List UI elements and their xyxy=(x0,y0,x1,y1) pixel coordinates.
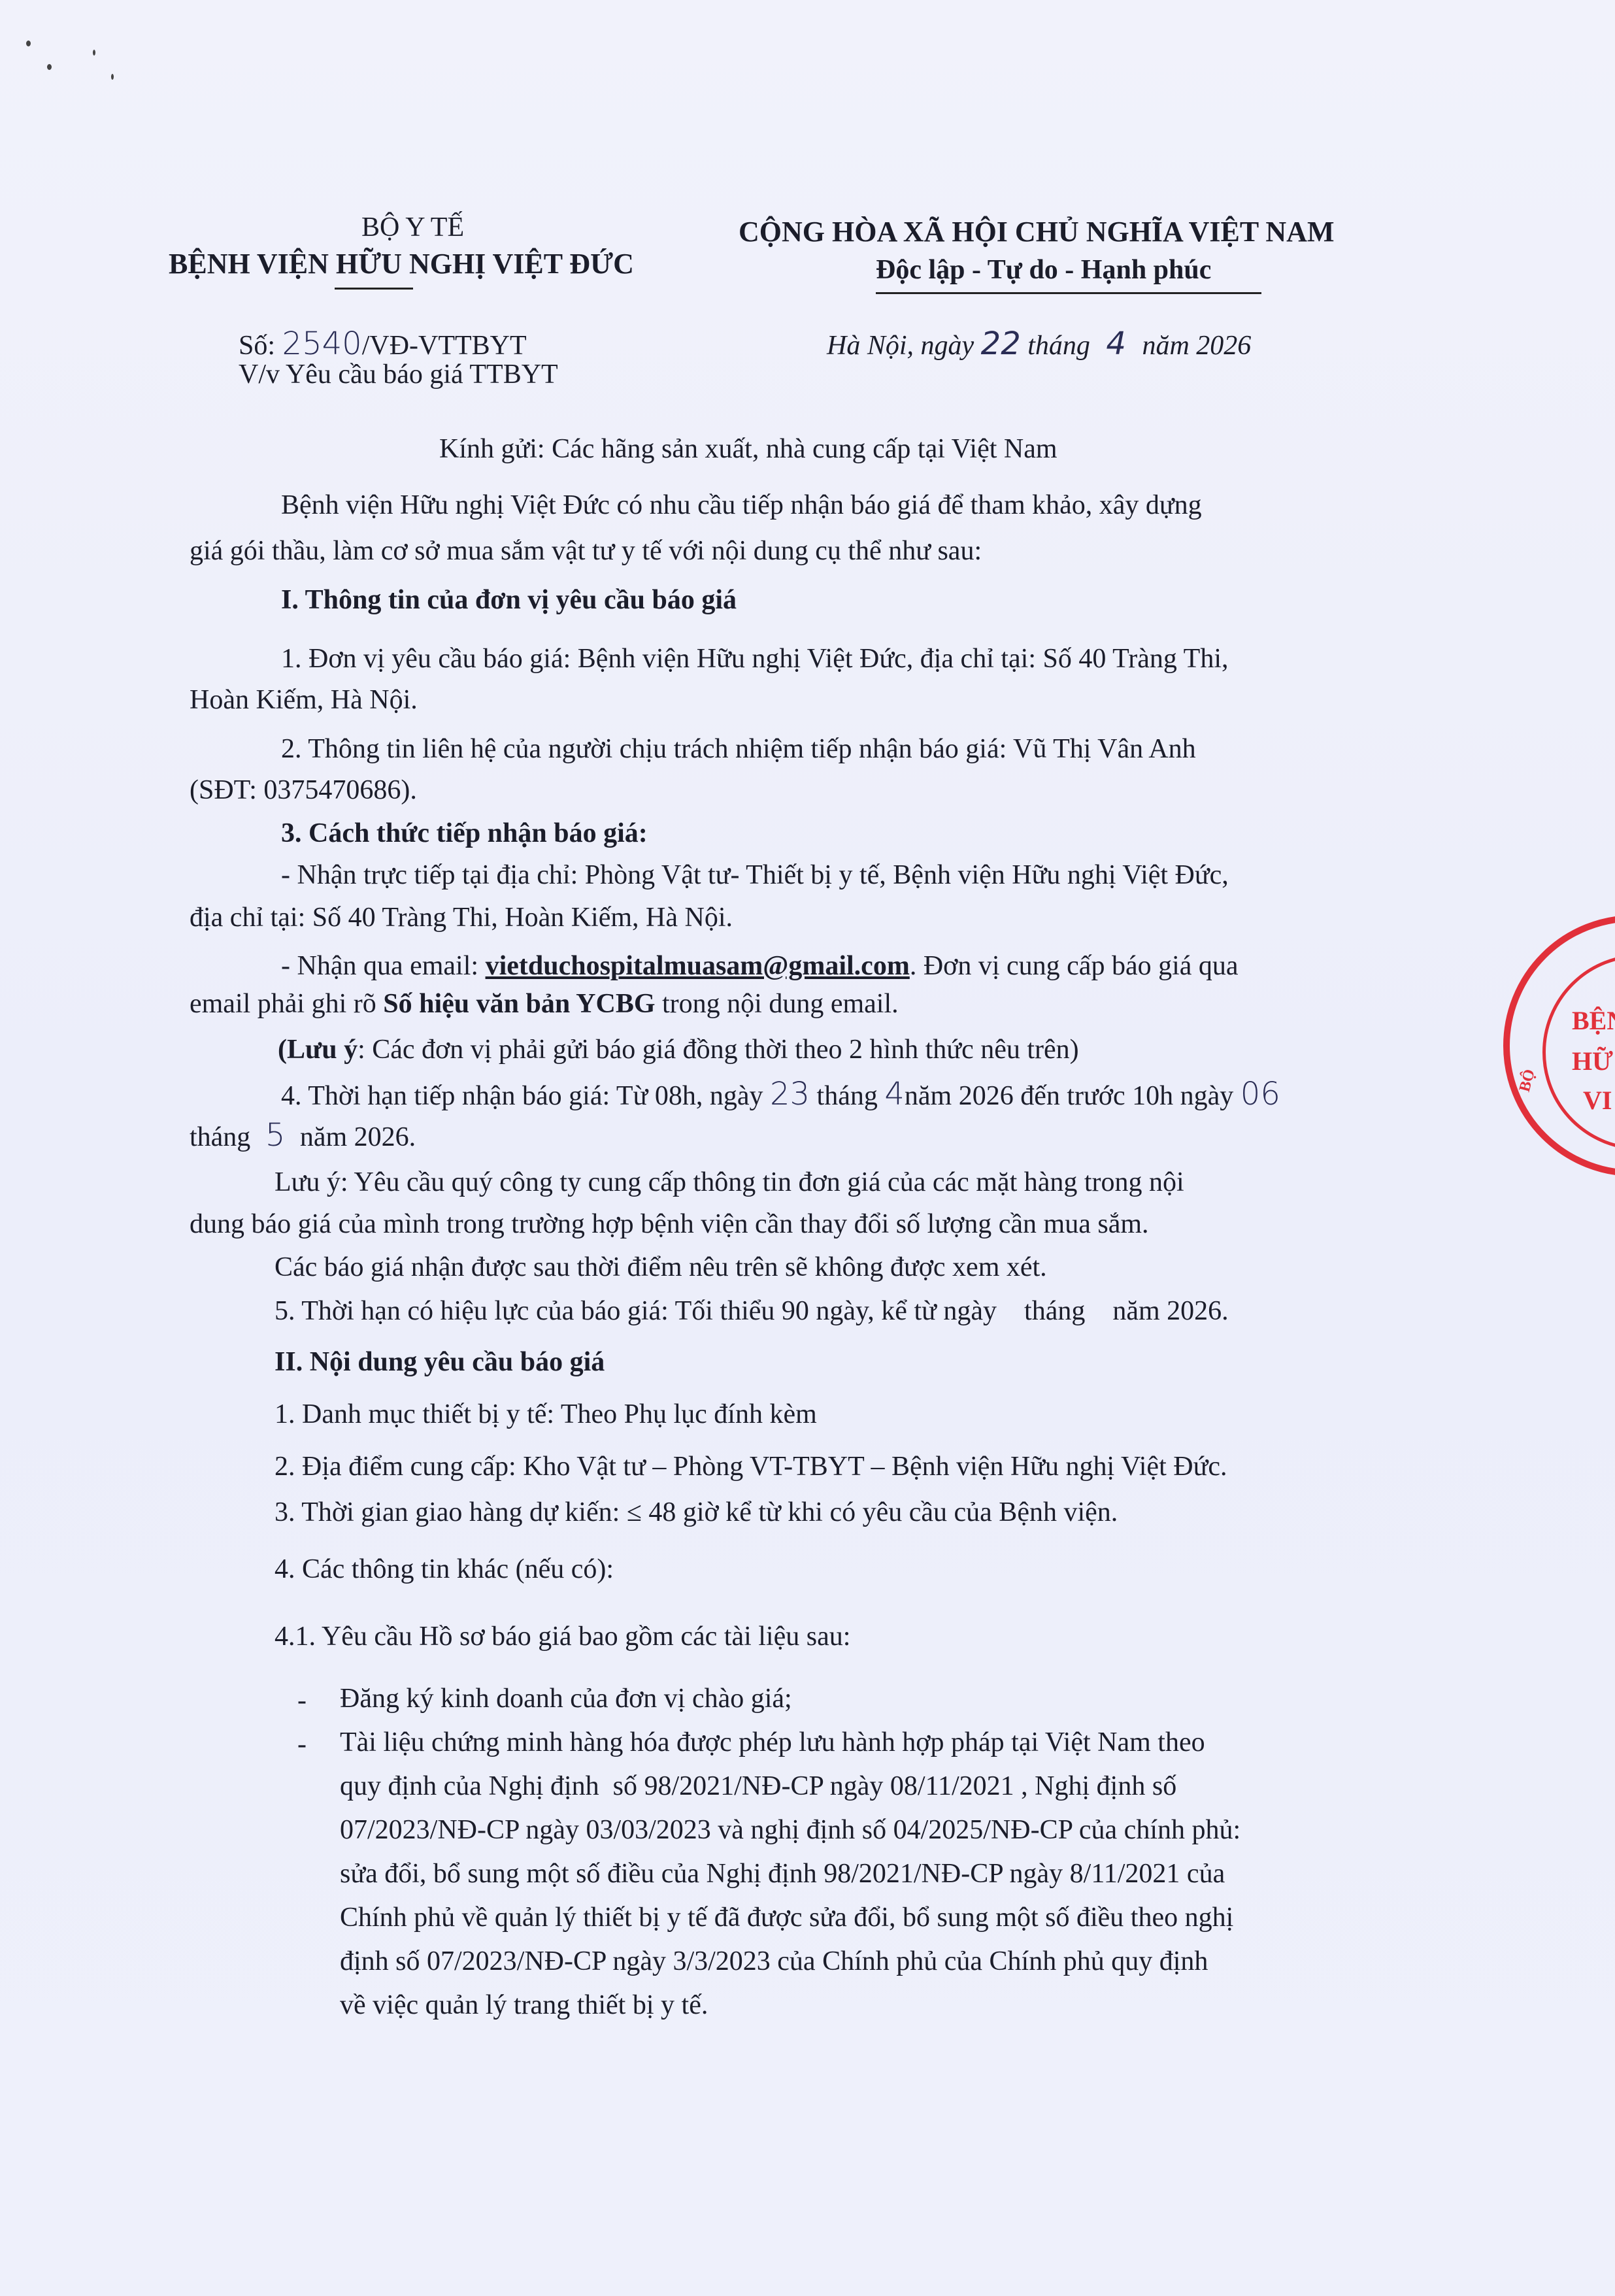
doc-number: Số: 2540/VĐ-VTTBYT xyxy=(239,328,527,359)
date-line: Hà Nội, ngày 22 tháng 4 năm 2026 xyxy=(827,328,1251,359)
email-receipt-line2: email phải ghi rõ Số hiệu văn bản YCBG t… xyxy=(190,990,899,1018)
email-line2-suffix: trong nội dung email. xyxy=(656,989,899,1019)
note-rest: : Các đơn vị phải gửi báo giá đồng thời … xyxy=(358,1035,1079,1065)
hospital-name: BỆNH VIỆN HỮU NGHỊ VIỆT ĐỨC xyxy=(169,250,634,278)
item4-start-month: 4 xyxy=(884,1076,905,1112)
email-suffix: . Đơn vị cung cấp báo giá qua xyxy=(910,951,1239,981)
section1-item1-line1: 1. Đơn vị yêu cầu báo giá: Bệnh viện Hữu… xyxy=(281,645,1229,673)
ministry-name: BỘ Y TẾ xyxy=(361,214,464,241)
section2-title: II. Nội dung yêu cầu báo giá xyxy=(275,1348,605,1376)
intro-line-1: Bệnh viện Hữu nghị Việt Đức có nhu cầu t… xyxy=(281,491,1202,519)
bullet2-line: về việc quản lý trang thiết bị y tế. xyxy=(340,1991,708,2019)
document-page: BỘ Y TẾ BỆNH VIỆN HỮU NGHỊ VIỆT ĐỨC Số: … xyxy=(0,0,1615,2296)
date-month: 4 xyxy=(1106,325,1126,362)
email-line2-bold: Số hiệu văn bản YCBG xyxy=(383,989,655,1019)
section1-item2-line2: (SĐT: 0375470686). xyxy=(190,776,417,804)
scan-speck xyxy=(111,74,114,80)
email-prefix: - Nhận qua email: xyxy=(281,951,486,981)
note2-line2: dung báo giá của mình trong trường hợp b… xyxy=(190,1210,1149,1238)
item4-text-c: năm 2026 đến trước 10h ngày xyxy=(905,1081,1233,1111)
scan-speck xyxy=(26,41,31,46)
section2-item4: 4. Các thông tin khác (nếu có): xyxy=(275,1556,614,1583)
date-place: Hà Nội, ngày xyxy=(827,331,974,361)
section1-item3-title: 3. Cách thức tiếp nhận báo giá: xyxy=(281,820,648,847)
section1-item2-line1: 2. Thông tin liên hệ của người chịu trác… xyxy=(281,735,1196,763)
hospital-underline xyxy=(335,288,413,290)
email-receipt-line1: - Nhận qua email: vietduchospitalmuasam@… xyxy=(281,952,1239,980)
section1-item4-line2: tháng 5 năm 2026. xyxy=(190,1120,416,1151)
bullet-dash: - xyxy=(297,1729,307,1760)
section2-item3: 3. Thời gian giao hàng dự kiến: ≤ 48 giờ… xyxy=(275,1499,1118,1526)
date-day: 22 xyxy=(981,325,1021,362)
section1-item1-line2: Hoàn Kiếm, Hà Nội. xyxy=(190,686,418,714)
section2-item41: 4.1. Yêu cầu Hồ sơ báo giá bao gồm các t… xyxy=(275,1623,850,1650)
stamp-text-line2: HỮ xyxy=(1572,1046,1613,1076)
motto-underline xyxy=(876,292,1261,294)
republic-title: CỘNG HÒA XÃ HỘI CHỦ NGHĨA VIỆT NAM xyxy=(739,218,1334,246)
email-line2-prefix: email phải ghi rõ xyxy=(190,989,383,1019)
date-month-label: tháng xyxy=(1027,331,1090,361)
bullet2-line: quy định của Nghị định số 98/2021/NĐ-CP … xyxy=(340,1772,1176,1800)
scan-speck xyxy=(47,64,52,70)
late-notice: Các báo giá nhận được sau thời điểm nêu … xyxy=(275,1254,1047,1281)
stamp-text-line1: BỆN xyxy=(1572,1005,1615,1036)
section2-item2: 2. Địa điểm cung cấp: Kho Vật tư – Phòng… xyxy=(275,1453,1227,1480)
email-link[interactable]: vietduchospitalmuasam@gmail.com xyxy=(486,951,910,981)
bullet2-line: Chính phủ về quản lý thiết bị y tế đã đư… xyxy=(340,1904,1233,1931)
date-year: năm 2026 xyxy=(1142,331,1251,361)
doc-number-suffix: /VĐ-VTTBYT xyxy=(362,331,527,361)
item4-text-a: 4. Thời hạn tiếp nhận báo giá: Từ 08h, n… xyxy=(281,1081,763,1111)
note-line: (Lưu ý: Các đơn vị phải gửi báo giá đồng… xyxy=(278,1036,1079,1063)
section2-item1: 1. Danh mục thiết bị y tế: Theo Phụ lục … xyxy=(275,1401,817,1428)
item4-end-day: 06 xyxy=(1240,1076,1280,1112)
note-bold: (Lưu ý xyxy=(278,1035,358,1065)
intro-line-2: giá gói thầu, làm cơ sở mua sắm vật tư y… xyxy=(190,537,982,565)
note2-line1: Lưu ý: Yêu cầu quý công ty cung cấp thôn… xyxy=(275,1169,1184,1196)
scan-speck xyxy=(93,50,95,56)
bullet-dash: - xyxy=(297,1685,307,1716)
bullet2-line: định số 07/2023/NĐ-CP ngày 3/3/2023 của … xyxy=(340,1948,1208,1975)
doc-subject: V/v Yêu cầu báo giá TTBYT xyxy=(239,361,558,388)
section1-item4-line1: 4. Thời hạn tiếp nhận báo giá: Từ 08h, n… xyxy=(281,1078,1280,1110)
section1-title: I. Thông tin của đơn vị yêu cầu báo giá xyxy=(281,586,737,614)
section1-item5: 5. Thời hạn có hiệu lực của báo giá: Tối… xyxy=(275,1297,1229,1325)
item4-text-d: tháng xyxy=(190,1122,250,1152)
direct-receipt-line2: địa chỉ tại: Số 40 Tràng Thi, Hoàn Kiếm,… xyxy=(190,904,733,931)
bullet2-line: 07/2023/NĐ-CP ngày 03/03/2023 và nghị đị… xyxy=(340,1816,1240,1844)
doc-number-prefix: Số: xyxy=(239,331,275,361)
bullet2-line: sửa đổi, bổ sung một số điều của Nghị đị… xyxy=(340,1860,1225,1888)
item4-text-e: năm 2026. xyxy=(300,1122,416,1152)
item4-text-b: tháng xyxy=(817,1081,878,1111)
motto: Độc lập - Tự do - Hạnh phúc xyxy=(876,256,1211,284)
item4-end-month: 5 xyxy=(265,1117,286,1154)
doc-number-handwritten: 2540 xyxy=(282,325,362,362)
item4-start-day: 23 xyxy=(770,1076,810,1112)
direct-receipt-line1: - Nhận trực tiếp tại địa chỉ: Phòng Vật … xyxy=(281,861,1229,889)
recipient-line: Kính gửi: Các hãng sản xuất, nhà cung cấ… xyxy=(439,435,1057,463)
bullet2-line: Tài liệu chứng minh hàng hóa được phép l… xyxy=(340,1729,1205,1756)
stamp-text-line3: VI xyxy=(1583,1085,1612,1116)
bullet1: Đăng ký kinh doanh của đơn vị chào giá; xyxy=(340,1685,792,1712)
